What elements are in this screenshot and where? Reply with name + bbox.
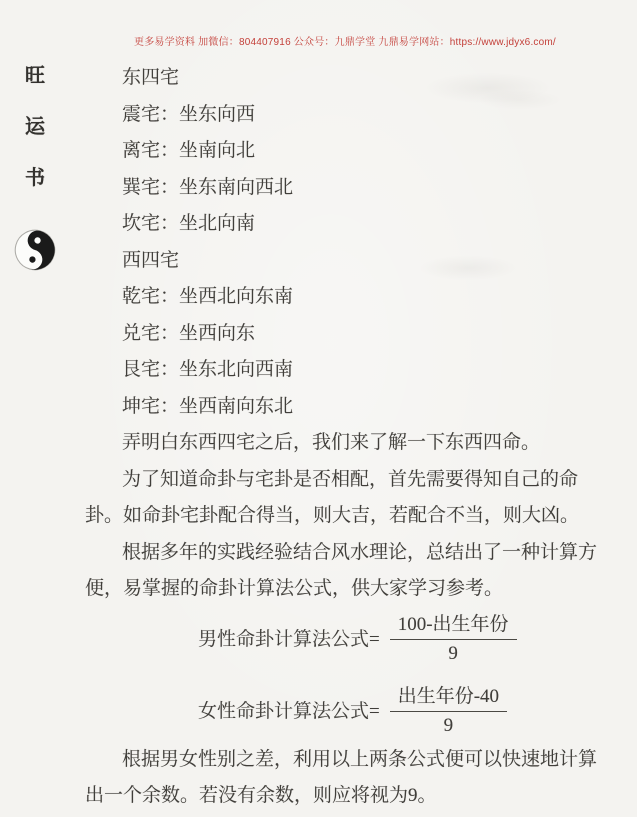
spine-char-shu: 书 xyxy=(25,168,45,188)
formula-male-numerator: 100-出生年份 xyxy=(390,613,517,640)
book-spine: 旺 运 书 xyxy=(21,66,49,277)
house-line-kan: 坎宅：坐北向南 xyxy=(85,206,571,243)
house-line-zhen: 震宅：坐东向西 xyxy=(85,97,571,134)
spine-char-wang: 旺 xyxy=(25,66,45,86)
formula-male: 男性命卦计算法公式= 100-出生年份 9 xyxy=(198,610,571,670)
paragraph-line: 根据多年的实践经验结合风水理论，总结出了一种计算方 xyxy=(85,535,571,572)
formula-female-label: 女性命卦计算法公式= xyxy=(198,702,380,721)
scanned-book-page: { "colors": { "paper": "#f4f3f0", "ink":… xyxy=(0,0,637,817)
formula-female: 女性命卦计算法公式= 出生年份-40 9 xyxy=(198,682,571,742)
house-line-gen: 艮宅：坐东北向西南 xyxy=(85,352,571,389)
formula-female-numerator: 出生年份-40 xyxy=(390,685,507,712)
east-section-title: 东四宅 xyxy=(85,60,571,97)
paragraph-line: 为了知道命卦与宅卦是否相配，首先需要得知自己的命 xyxy=(85,462,571,499)
house-line-xun: 巽宅：坐东南向西北 xyxy=(85,170,571,207)
formula-female-denominator: 9 xyxy=(444,712,454,738)
formula-male-label: 男性命卦计算法公式= xyxy=(198,630,380,649)
paragraph-line: 根据男女性别之差，利用以上两条公式便可以快速地计算 xyxy=(85,742,571,779)
paragraph-line: 出一个余数。若没有余数，则应将视为9。 xyxy=(85,778,571,815)
page-body-text: 东四宅 震宅：坐东向西 离宅：坐南向北 巽宅：坐东南向西北 坎宅：坐北向南 西四… xyxy=(85,60,571,815)
paragraph-line: 便，易掌握的命卦计算法公式，供大家学习参考。 xyxy=(85,571,571,608)
house-line-li: 离宅：坐南向北 xyxy=(85,133,571,170)
house-line-qian: 乾宅：坐西北向东南 xyxy=(85,279,571,316)
paragraph-line: 弄明白东西四宅之后，我们来了解一下东西四命。 xyxy=(85,425,571,462)
house-line-kun: 坤宅：坐西南向东北 xyxy=(85,389,571,426)
formula-male-fraction: 100-出生年份 9 xyxy=(390,613,517,666)
promo-header-text: 更多易学资料 加微信：804407916 公众号：九鼎学堂 九鼎易学网站：htt… xyxy=(134,33,556,48)
house-line-dui: 兑宅：坐西向东 xyxy=(85,316,571,353)
west-section-title: 西四宅 xyxy=(85,243,571,280)
spine-char-yun: 运 xyxy=(25,117,45,137)
formula-female-fraction: 出生年份-40 9 xyxy=(390,685,507,738)
yin-yang-icon xyxy=(14,229,56,277)
paragraph-line: 卦。如命卦宅卦配合得当，则大吉，若配合不当，则大凶。 xyxy=(85,498,571,535)
formula-male-denominator: 9 xyxy=(448,640,458,666)
